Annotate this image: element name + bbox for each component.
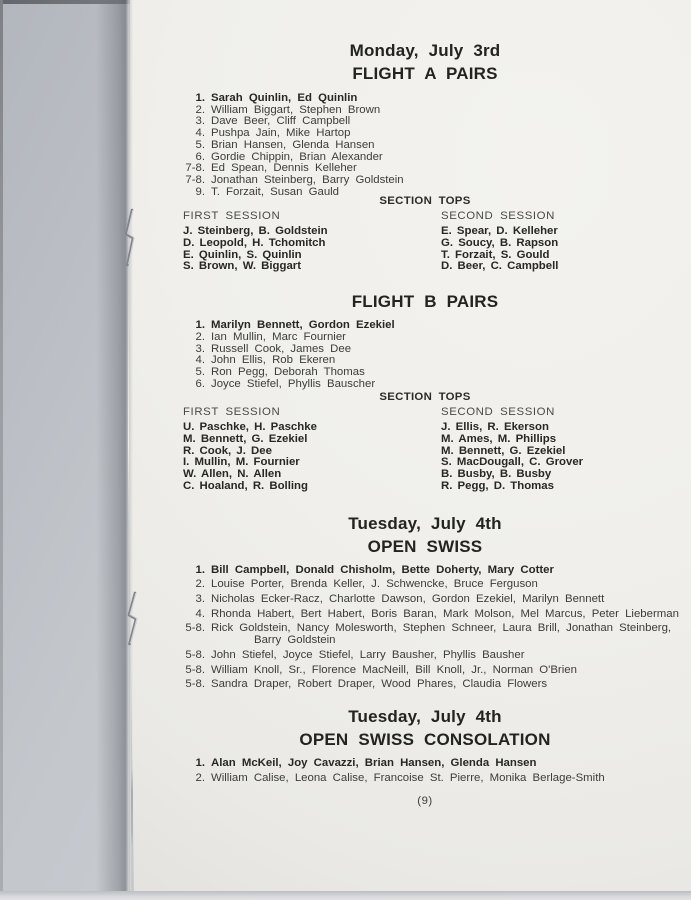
flight-b-first-session: FIRST SESSION U. Paschke, H. PaschkeM. B… [183, 406, 441, 492]
result-names-line1: Pushpa Jain, Mike Hartop [211, 127, 350, 139]
result-names: T. Forzait, Susan Gauld [211, 187, 339, 199]
result-rank: 1. [150, 565, 205, 577]
session-pair-row: D. Beer, C. Campbell [441, 261, 691, 273]
result-names: Rick Goldstein, Nancy Molesworth, Stephe… [211, 623, 671, 647]
result-row: 2. William Calise, Leona Calise, Francoi… [150, 773, 691, 785]
result-row: 5-8. John Stiefel, Joyce Stiefel, Larry … [150, 650, 691, 662]
section-open-swiss: Tuesday, July 4th OPEN SWISS 1. Bill Cam… [150, 515, 691, 691]
open-swiss-results-list: 1. Bill Campbell, Donald Chisholm, Bette… [150, 565, 691, 691]
result-rank: 5-8. [150, 623, 205, 647]
flight-b-second-session: SECOND SESSION J. Ellis, R. EkersonM. Am… [441, 406, 691, 492]
result-names: Louise Porter, Brenda Keller, J. Schwenc… [211, 579, 538, 591]
result-names: Rhonda Habert, Bert Habert, Boris Baran,… [211, 609, 679, 621]
event-title-open-swiss: OPEN SWISS [150, 538, 691, 556]
result-rank: 5-8. [150, 650, 205, 662]
result-names-line1: Gordie Chippin, Brian Alexander [211, 151, 383, 163]
result-row: 5-8. Sandra Draper, Robert Draper, Wood … [150, 679, 691, 691]
date-title-monday: Monday, July 3rd [150, 42, 691, 60]
result-rank: 7-8. [150, 175, 205, 187]
second-session-label: SECOND SESSION [441, 406, 691, 418]
result-names-line1: Ian Mullin, Marc Fournier [211, 331, 346, 343]
result-rank: 2. [150, 579, 205, 591]
result-row: 1. Alan McKeil, Joy Cavazzi, Brian Hanse… [150, 758, 691, 770]
result-rank: 5-8. [150, 665, 205, 677]
result-names: William Calise, Leona Calise, Francoise … [211, 773, 605, 785]
result-rank: 5-8. [150, 679, 205, 691]
result-names-line1: Joyce Stiefel, Phyllis Bauscher [211, 378, 375, 390]
result-names-line1: Rhonda Habert, Bert Habert, Boris Baran,… [211, 608, 679, 620]
result-names: Nicholas Ecker-Racz, Charlotte Dawson, G… [211, 594, 604, 606]
result-names-line1: T. Forzait, Susan Gauld [211, 186, 339, 198]
result-names-line1: Bill Campbell, Donald Chisholm, Bette Do… [211, 564, 554, 576]
session-pair-row: R. Pegg, D. Thomas [441, 481, 691, 493]
section-open-swiss-consolation: Tuesday, July 4th OPEN SWISS CONSOLATION… [150, 708, 691, 807]
flight-b-sessions: FIRST SESSION U. Paschke, H. PaschkeM. B… [150, 406, 691, 492]
result-rank: 9. [150, 187, 205, 199]
result-rank: 1. [150, 758, 205, 770]
staple-bottom-icon [121, 590, 147, 648]
flight-a-second-session: SECOND SESSION E. Spear, D. KelleherG. S… [441, 210, 691, 273]
event-title-flight-b: FLIGHT B PAIRS [150, 293, 691, 311]
first-session-pairs: U. Paschke, H. PaschkeM. Bennett, G. Eze… [183, 422, 441, 492]
result-names-line1: John Stiefel, Joyce Stiefel, Larry Baush… [211, 649, 525, 661]
flight-b-section-tops-title: SECTION TOPS [150, 392, 691, 403]
section-flight-a: Monday, July 3rd FLIGHT A PAIRS 1. Sarah… [150, 42, 691, 273]
result-names-line1: Nicholas Ecker-Racz, Charlotte Dawson, G… [211, 593, 604, 605]
date-title-tuesday: Tuesday, July 4th [150, 515, 691, 533]
page-edge-crease [131, 768, 133, 848]
result-rank: 5. [150, 140, 205, 152]
result-rank: 4. [150, 609, 205, 621]
result-names-line1: Louise Porter, Brenda Keller, J. Schwenc… [211, 578, 538, 590]
event-title-open-swiss-consolation: OPEN SWISS CONSOLATION [150, 731, 691, 749]
session-pair-row: M. Bennett, G. Ezekiel [183, 434, 441, 446]
result-names: John Stiefel, Joyce Stiefel, Larry Baush… [211, 650, 525, 662]
second-session-label: SECOND SESSION [441, 210, 691, 222]
result-names-line1: Ed Spean, Dennis Kelleher [211, 162, 357, 174]
first-session-label: FIRST SESSION [183, 210, 441, 222]
result-row: 2. Louise Porter, Brenda Keller, J. Schw… [150, 579, 691, 591]
page-inner-edge [129, 0, 133, 891]
result-names: Joyce Stiefel, Phyllis Bauscher [211, 379, 375, 391]
flight-a-sessions: FIRST SESSION J. Steinberg, B. Goldstein… [150, 210, 691, 273]
session-pair-row: D. Leopold, H. Tchomitch [183, 238, 441, 250]
result-rank: 3. [150, 594, 205, 606]
result-names-line1: Ron Pegg, Deborah Thomas [211, 366, 365, 378]
session-pair-row: S. Brown, W. Biggart [183, 261, 441, 273]
result-names-line1: Marilyn Bennett, Gordon Ezekiel [211, 319, 395, 331]
session-pair-row: G. Soucy, B. Rapson [441, 238, 691, 250]
result-names: Alan McKeil, Joy Cavazzi, Brian Hansen, … [211, 758, 536, 770]
session-pair-row: C. Hoaland, R. Bolling [183, 481, 441, 493]
result-names-line1: Brian Hansen, Glenda Hansen [211, 139, 375, 151]
result-row: 6. Joyce Stiefel, Phyllis Bauscher [150, 379, 691, 391]
result-names-line1: William Calise, Leona Calise, Francoise … [211, 772, 605, 784]
result-names-line1: Alan McKeil, Joy Cavazzi, Brian Hansen, … [211, 757, 536, 769]
result-names-line1: William Biggart, Stephen Brown [211, 104, 380, 116]
result-names-line1: Russell Cook, James Dee [211, 343, 351, 355]
second-session-pairs: E. Spear, D. KelleherG. Soucy, B. Rapson… [441, 226, 691, 273]
result-names-line2: Barry Goldstein [211, 635, 671, 647]
event-title-flight-a: FLIGHT A PAIRS [150, 65, 691, 83]
result-row: 4. Rhonda Habert, Bert Habert, Boris Bar… [150, 609, 691, 621]
flight-a-first-session: FIRST SESSION J. Steinberg, B. Goldstein… [183, 210, 441, 273]
section-flight-b: FLIGHT B PAIRS 1. Marilyn Bennett, Gordo… [150, 293, 691, 492]
result-names-line1: Dave Beer, Cliff Campbell [211, 115, 350, 127]
result-names: William Knoll, Sr., Florence MacNeill, B… [211, 665, 577, 677]
result-names-line1: William Knoll, Sr., Florence MacNeill, B… [211, 664, 577, 676]
photo-bottom-edge [0, 891, 691, 900]
consolation-results-list: 1. Alan McKeil, Joy Cavazzi, Brian Hanse… [150, 758, 691, 784]
result-rank: 1. [150, 93, 205, 105]
scanned-booklet-photo: Monday, July 3rd FLIGHT A PAIRS 1. Sarah… [0, 0, 691, 900]
page-number: (9) [150, 795, 691, 807]
page-content: Monday, July 3rd FLIGHT A PAIRS 1. Sarah… [150, 0, 691, 807]
flight-a-results-list: 1. Sarah Quinlin, Ed Quinlin 2. William … [150, 93, 691, 198]
result-names-line1: Sandra Draper, Robert Draper, Wood Phare… [211, 678, 547, 690]
result-names-line1: Rick Goldstein, Nancy Molesworth, Stephe… [211, 622, 671, 634]
result-names-line1: Jonathan Steinberg, Barry Goldstein [211, 174, 404, 186]
flight-b-results-list: 1. Marilyn Bennett, Gordon Ezekiel 2. Ia… [150, 320, 691, 390]
result-rank: 2. [150, 332, 205, 344]
session-pair-row: M. Ames, M. Phillips [441, 434, 691, 446]
result-rank: 5. [150, 367, 205, 379]
result-names-line1: Sarah Quinlin, Ed Quinlin [211, 92, 357, 104]
result-row: 3. Nicholas Ecker-Racz, Charlotte Dawson… [150, 594, 691, 606]
result-names: Sandra Draper, Robert Draper, Wood Phare… [211, 679, 547, 691]
result-row: 5-8. Rick Goldstein, Nancy Molesworth, S… [150, 623, 691, 647]
result-names: Bill Campbell, Donald Chisholm, Bette Do… [211, 565, 554, 577]
date-title-tuesday-2: Tuesday, July 4th [150, 708, 691, 726]
result-row: 1. Bill Campbell, Donald Chisholm, Bette… [150, 565, 691, 577]
staple-top-icon [119, 207, 145, 269]
result-row: 5-8. William Knoll, Sr., Florence MacNei… [150, 665, 691, 677]
first-session-label: FIRST SESSION [183, 406, 441, 418]
second-session-pairs: J. Ellis, R. EkersonM. Ames, M. Phillips… [441, 422, 691, 492]
page-binding-shadow [96, 0, 132, 892]
result-rank: 6. [150, 379, 205, 391]
result-names-line1: John Ellis, Rob Ekeren [211, 354, 335, 366]
result-rank: 2. [150, 773, 205, 785]
first-session-pairs: J. Steinberg, B. GoldsteinD. Leopold, H.… [183, 226, 441, 273]
photo-left-edge [0, 0, 3, 900]
